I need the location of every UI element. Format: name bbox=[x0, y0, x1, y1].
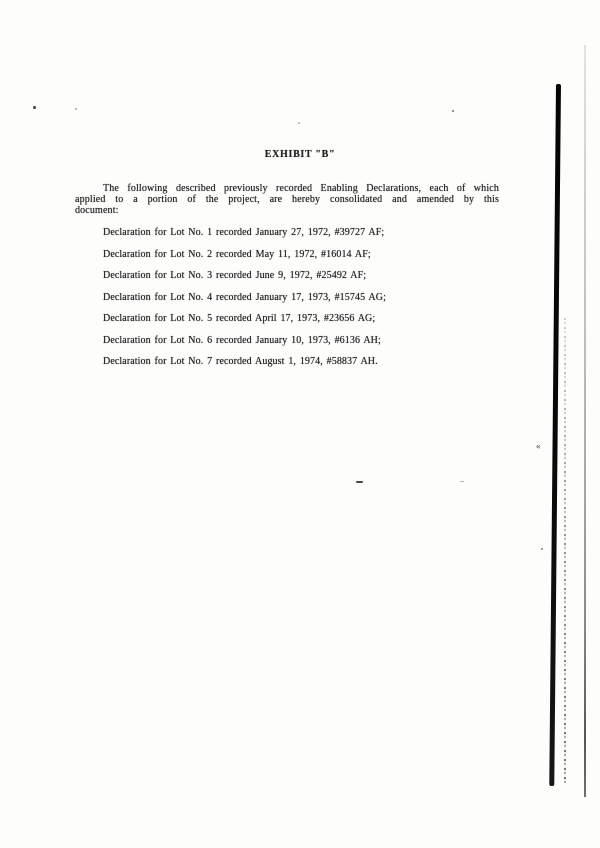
intro-line: The following described previously recor… bbox=[75, 183, 499, 194]
declaration-item: Declaration for Lot No. 7 recorded Augus… bbox=[103, 357, 543, 379]
scan-speck bbox=[541, 548, 543, 550]
declaration-item: Declaration for Lot No. 3 recorded June … bbox=[103, 271, 543, 293]
declaration-item: Declaration for Lot No. 1 recorded Janua… bbox=[103, 228, 543, 250]
page-edge-line bbox=[584, 45, 586, 797]
declaration-item: Declaration for Lot No. 5 recorded April… bbox=[103, 314, 543, 336]
scan-binding-bar bbox=[549, 84, 560, 786]
scan-dash-mark-faint bbox=[460, 481, 464, 482]
scan-margin-mark: « bbox=[536, 441, 541, 451]
scan-speck bbox=[33, 106, 36, 109]
scan-speck bbox=[75, 108, 77, 110]
scan-speck bbox=[298, 122, 300, 124]
scan-dash-mark bbox=[356, 481, 363, 483]
declaration-item: Declaration for Lot No. 2 recorded May 1… bbox=[103, 250, 543, 272]
declaration-item: Declaration for Lot No. 6 recorded Janua… bbox=[103, 336, 543, 358]
intro-line: document: bbox=[75, 205, 499, 216]
exhibit-title: EXHIBIT "B" bbox=[0, 149, 600, 160]
intro-paragraph: The following described previously recor… bbox=[75, 183, 499, 216]
scanned-document-page: EXHIBIT "B" The following described prev… bbox=[0, 0, 600, 848]
declaration-list: Declaration for Lot No. 1 recorded Janua… bbox=[103, 228, 543, 379]
scan-noise-strip bbox=[564, 318, 566, 783]
intro-line: applied to a portion of the project, are… bbox=[75, 194, 499, 205]
scan-speck bbox=[452, 110, 454, 112]
declaration-item: Declaration for Lot No. 4 recorded Janua… bbox=[103, 293, 543, 315]
